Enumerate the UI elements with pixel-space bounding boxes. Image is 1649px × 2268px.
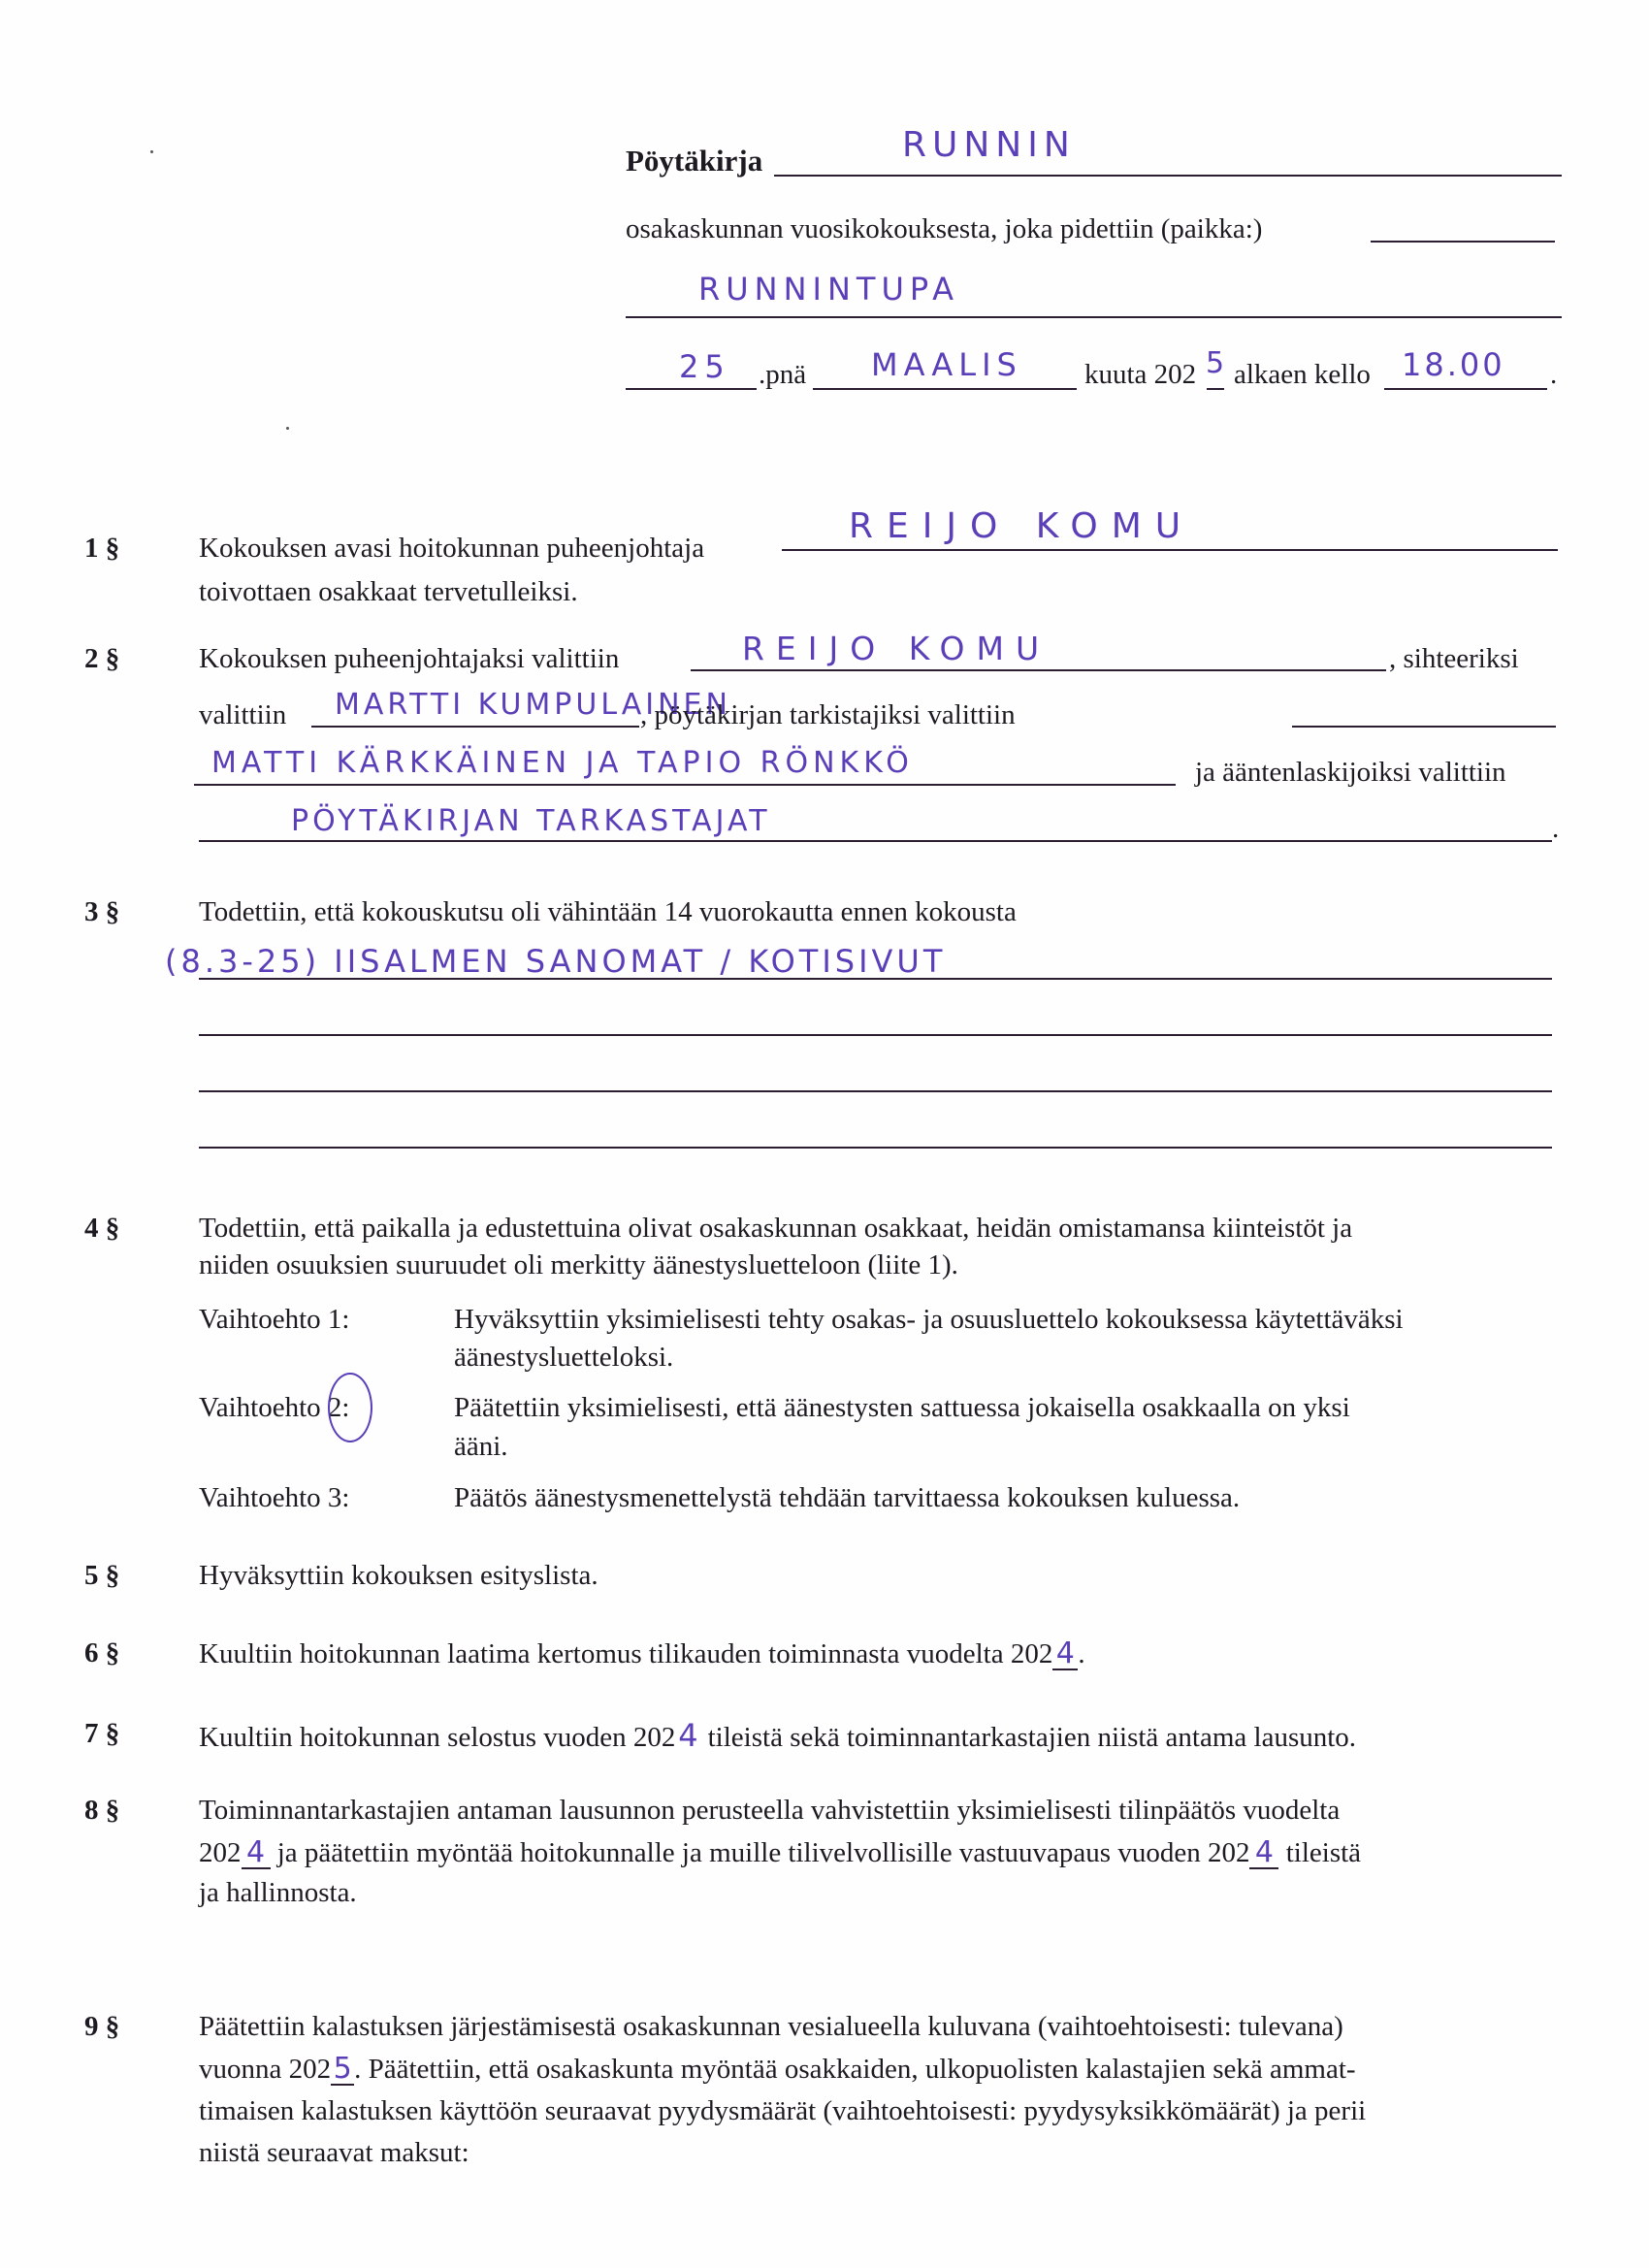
section-9-number: 9 § [84, 2013, 119, 2041]
section-8-line-2c: tileistä [1286, 1837, 1361, 1868]
section-2-number: 2 § [84, 645, 119, 673]
section-2-text-1: Kokouksen puheenjohtajaksi valittiin [199, 645, 619, 673]
section-3-line-4 [199, 1147, 1552, 1149]
section-2-text-3: valittiin [199, 701, 286, 729]
section-9-line-2b: . Päätettiin, että osakaskunta myöntää o… [354, 2054, 1355, 2085]
section-8-year-field-2[interactable]: 4 [1249, 1838, 1278, 1869]
section-8-year-digit-1: 4 [246, 1835, 265, 1869]
section-8-year-digit-2: 4 [1255, 1835, 1274, 1869]
title-fill-line [774, 175, 1562, 177]
section-2-checkers-short-line [1292, 726, 1556, 728]
option-3-label[interactable]: Vaihtoehto 3: [199, 1484, 349, 1512]
section-6-text-after: . [1078, 1638, 1084, 1669]
section-6-year-digit: 4 [1056, 1636, 1075, 1670]
month-suffix: kuuta 202 [1084, 361, 1196, 389]
option-2-text-2: ääni. [454, 1433, 508, 1461]
time-fill-line [1384, 388, 1547, 390]
section-4-number: 4 § [84, 1215, 119, 1243]
option-1-text-1: Hyväksyttiin yksimielisesti tehty osakas… [454, 1306, 1404, 1334]
section-2-end-period: . [1552, 815, 1559, 843]
section-7-number: 7 § [84, 1720, 119, 1748]
option-1-label[interactable]: Vaihtoehto 1: [199, 1306, 349, 1334]
section-9-line-1: Päätettiin kalastuksen järjestämisestä o… [199, 2013, 1343, 2041]
section-1-number: 1 § [84, 535, 119, 563]
section-8-line-2a: 202 [199, 1837, 242, 1868]
section-6-text-before: Kuultiin hoitokunnan laatima kertomus ti… [199, 1638, 1052, 1669]
section-8-number: 8 § [84, 1797, 119, 1825]
section-1-chair-value[interactable]: REIJO KOMU [849, 509, 1194, 544]
section-9-year-field[interactable]: 5 [331, 2055, 354, 2086]
section-6-year-field[interactable]: 4 [1052, 1639, 1078, 1670]
section-9-line-2: vuonna 2025. Päätettiin, että osakaskunt… [199, 2055, 1356, 2086]
section-8-year-field-1[interactable]: 4 [242, 1838, 271, 1869]
year-fill-line [1207, 388, 1224, 390]
day-suffix: .pnä [759, 361, 806, 389]
option-1-text-2: äänestysluetteloksi. [454, 1344, 673, 1372]
section-7-text-before: Kuultiin hoitokunnan selostus vuoden 202 [199, 1722, 675, 1753]
section-9-line-2a: vuonna 202 [199, 2054, 331, 2085]
section-3-line-3 [199, 1090, 1552, 1092]
section-8-line-1: Toiminnantarkastajien antaman lausunnon … [199, 1797, 1340, 1825]
section-8-line-2: 2024 ja päätettiin myöntää hoitokunnalle… [199, 1838, 1361, 1869]
section-2-checkers-line [194, 784, 1176, 786]
section-4-text-line-1: Todettiin, että paikalla ja edustettuina… [199, 1215, 1352, 1243]
section-2-checkers-value[interactable]: MATTI KÄRKKÄINEN JA TAPIO RÖNKKÖ [211, 749, 914, 778]
section-2-counters-line [199, 840, 1552, 842]
section-7-text-after: tileistä sekä toiminnantarkastajien niis… [708, 1722, 1356, 1753]
section-6-text: Kuultiin hoitokunnan laatima kertomus ti… [199, 1639, 1085, 1670]
section-6-number: 6 § [84, 1639, 119, 1668]
place-handwritten-value[interactable]: RUNNINTUPA [698, 274, 959, 305]
section-3-notice-value[interactable]: (8.3-25) IISALMEN SANOMAT / KOTISIVUT [165, 946, 946, 977]
section-3-line-2 [199, 1034, 1552, 1036]
year-handwritten-digit[interactable]: 5 [1206, 349, 1224, 378]
section-8-line-3: ja hallinnosta. [199, 1879, 357, 1907]
place-fill-line [626, 316, 1562, 318]
time-handwritten-value[interactable]: 18.00 [1402, 349, 1505, 380]
location-short-line [1371, 241, 1555, 243]
section-1-text: Kokouksen avasi hoitokunnan puheenjohtaj… [199, 535, 704, 563]
section-5-text: Hyväksyttiin kokouksen esityslista. [199, 1562, 598, 1590]
section-3-text: Todettiin, että kokouskutsu oli vähintää… [199, 898, 1017, 926]
section-2-text-5: ja ääntenlaskijoiksi valittiin [1195, 759, 1506, 787]
section-9-line-4: niistä seuraavat maksut: [199, 2139, 469, 2167]
section-9-line-3: timaisen kalastuksen käyttöön seuraavat … [199, 2097, 1366, 2125]
section-2-text-4: , pöytäkirjan tarkistajiksi valittiin [640, 701, 1016, 729]
header-end-period: . [1550, 361, 1557, 389]
option-3-text-1: Päätös äänestysmenettelystä tehdään tarv… [454, 1484, 1240, 1512]
section-5-number: 5 § [84, 1562, 119, 1590]
section-3-line-1 [199, 978, 1552, 980]
document-title-label: Pöytäkirja [626, 146, 762, 176]
section-7-text: Kuultiin hoitokunnan selostus vuoden 202… [199, 1720, 1356, 1752]
option-2-text-1: Päätettiin yksimielisesti, että äänestys… [454, 1394, 1350, 1422]
section-1-text-after: toivottaen osakkaat tervetulleiksi. [199, 578, 578, 606]
section-3-number: 3 § [84, 898, 119, 926]
section-2-chair-line [691, 669, 1386, 671]
day-fill-line [626, 388, 757, 390]
day-handwritten-value[interactable]: 25 [679, 351, 730, 382]
title-handwritten-value[interactable]: RUNNIN [902, 128, 1076, 163]
section-8-line-2b: ja päätettiin myöntää hoitokunnalle ja m… [277, 1837, 1250, 1868]
section-1-chair-line [782, 549, 1558, 551]
location-prompt: osakaskunnan vuosikokouksesta, joka pide… [626, 215, 1262, 243]
time-prefix: alkaen kello [1234, 361, 1371, 389]
option-2-selected-circle [328, 1373, 372, 1442]
section-4-text-line-2: niiden osuuksien suuruudet oli merkitty … [199, 1251, 958, 1280]
month-handwritten-value[interactable]: MAALIS [871, 349, 1022, 380]
section-9-year-digit: 5 [334, 2052, 352, 2086]
section-2-secretary-line [311, 726, 639, 728]
section-2-counters-value[interactable]: PÖYTÄKIRJAN TARKASTAJAT [291, 807, 771, 836]
section-7-year-field[interactable]: 4 [675, 1720, 700, 1752]
section-2-text-2: , sihteeriksi [1389, 645, 1519, 673]
month-fill-line [813, 388, 1077, 390]
section-7-year-digit: 4 [678, 1717, 697, 1754]
section-2-chair-value[interactable]: REIJO KOMU [742, 632, 1051, 664]
